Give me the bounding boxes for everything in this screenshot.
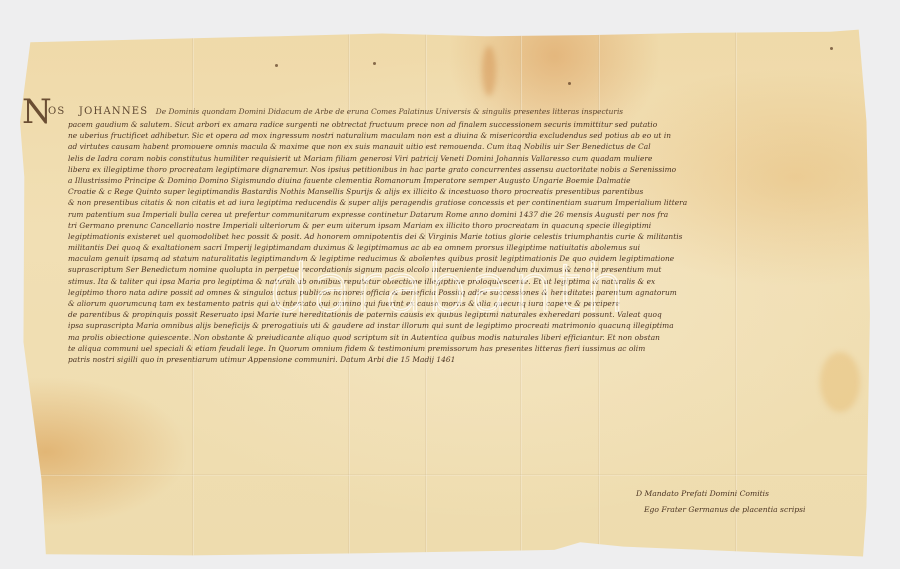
text-line: & non presentibus citatis & non citatis … [68,197,868,208]
text-line: legiptimo thoro nata adire possit ad omn… [68,287,868,298]
ink-spot [830,47,833,50]
text-line: Croatie & c Rege Quinto super legiptiman… [68,186,868,197]
text-line: militantis Dei quoq & exaltationem sacri… [68,242,868,253]
charter-body-text: pacem gaudium & salutem. Sicut arbori ex… [68,119,868,365]
text-line: maculam genuit ipsamq ad statum naturali… [68,253,868,264]
text-line: ma prolis obiectione quiescente. Non obs… [68,332,868,343]
stain [482,46,496,96]
text-line: suprascriptum Ser Benedictum nomine quol… [68,264,868,275]
document-opening-line: OS JOHANNES De Dominis quondam Domini Di… [48,106,623,117]
mandate-line: D Mandato Prefati Domini Comitis [636,489,769,498]
issuer-name: JOHANNES [79,106,148,117]
opening-caps: OS [48,106,65,117]
text-line: stimus. Ita & taliter qui ipsa Maria pro… [68,276,868,287]
text-line: tri Germano prenunc Cancellario nostre I… [68,220,868,231]
text-line: te aliqua communi uel speciali & etiam f… [68,343,868,354]
text-line: ad virtutes causam habent promouere omni… [68,141,868,152]
text-line: legiptimationis existeret uel quomodolib… [68,231,868,242]
text-line: libera ex illegiptime thoro procreatam l… [68,164,868,175]
horizontal-fold-line [20,474,882,476]
ink-spot [275,64,278,67]
text-line: a Illustrissimo Principe & Domino Domino… [68,175,868,186]
ink-spot [568,82,571,85]
text-line: ipsa suprascripta Maria omnibus alijs be… [68,320,868,331]
text-line: de parentibus & propinquis possit Reseru… [68,309,868,320]
text-line: patris nostri sigilli quo in presentiaru… [68,354,868,365]
text-line: & aliorum quorumcunq tam ex testamento p… [68,298,868,309]
text-line: lelis de Iadra coram nobis constitutus h… [68,153,868,164]
text-line: ne uberius fructificet adhibetur. Sic et… [68,130,868,141]
scribe-signature: Ego Frater Germanus de placentia scripsi [644,505,805,514]
ink-spot [373,62,376,65]
text-line: rum patentium sua Imperiali bulla cerea … [68,209,868,220]
text-line: pacem gaudium & salutem. Sicut arbori ex… [68,119,868,130]
opening-line-text: De Dominis quondam Domini Didacum de Arb… [156,107,623,116]
